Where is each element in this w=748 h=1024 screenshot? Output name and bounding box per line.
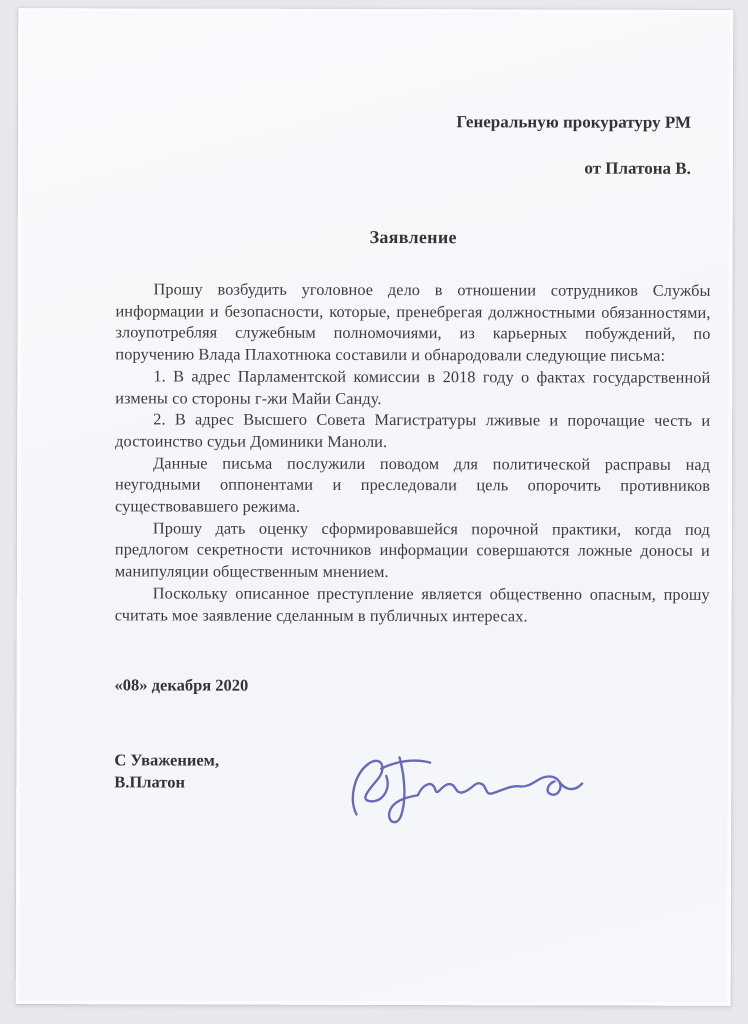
body-paragraph: Поскольку описанное преступление являетс… bbox=[115, 582, 710, 627]
body-paragraph: 2. В адрес Высшего Совета Магистратуры л… bbox=[115, 409, 710, 454]
address-block: Генеральную прокуратуру РМ от Платона В. bbox=[116, 111, 711, 179]
date-line: «08» декабря 2020 bbox=[115, 676, 710, 698]
signature-stroke bbox=[389, 757, 418, 822]
document-body: Прошу возбудить уголовное дело в отношен… bbox=[115, 278, 711, 627]
document-title: Заявление bbox=[116, 226, 711, 249]
sender-line: от Платона В. bbox=[116, 157, 691, 179]
signature-stroke bbox=[418, 776, 561, 795]
body-paragraph: Данные письма послужили поводом для поли… bbox=[115, 452, 710, 519]
body-paragraph: Прошу дать оценку сформировавшейся пороч… bbox=[115, 517, 710, 584]
signature-ink bbox=[342, 747, 587, 830]
scan-background: Генеральную прокуратуру РМ от Платона В.… bbox=[0, 0, 748, 1024]
body-paragraph: 1. В адрес Парламентской комиссии в 2018… bbox=[115, 365, 710, 410]
signature-stroke bbox=[560, 782, 582, 789]
body-paragraph: Прошу возбудить уголовное дело в отношен… bbox=[115, 278, 710, 366]
signature-stroke bbox=[381, 760, 430, 768]
recipient-line: Генеральную прокуратуру РМ bbox=[116, 111, 691, 133]
document-page: Генеральную прокуратуру РМ от Платона В.… bbox=[16, 8, 734, 1006]
